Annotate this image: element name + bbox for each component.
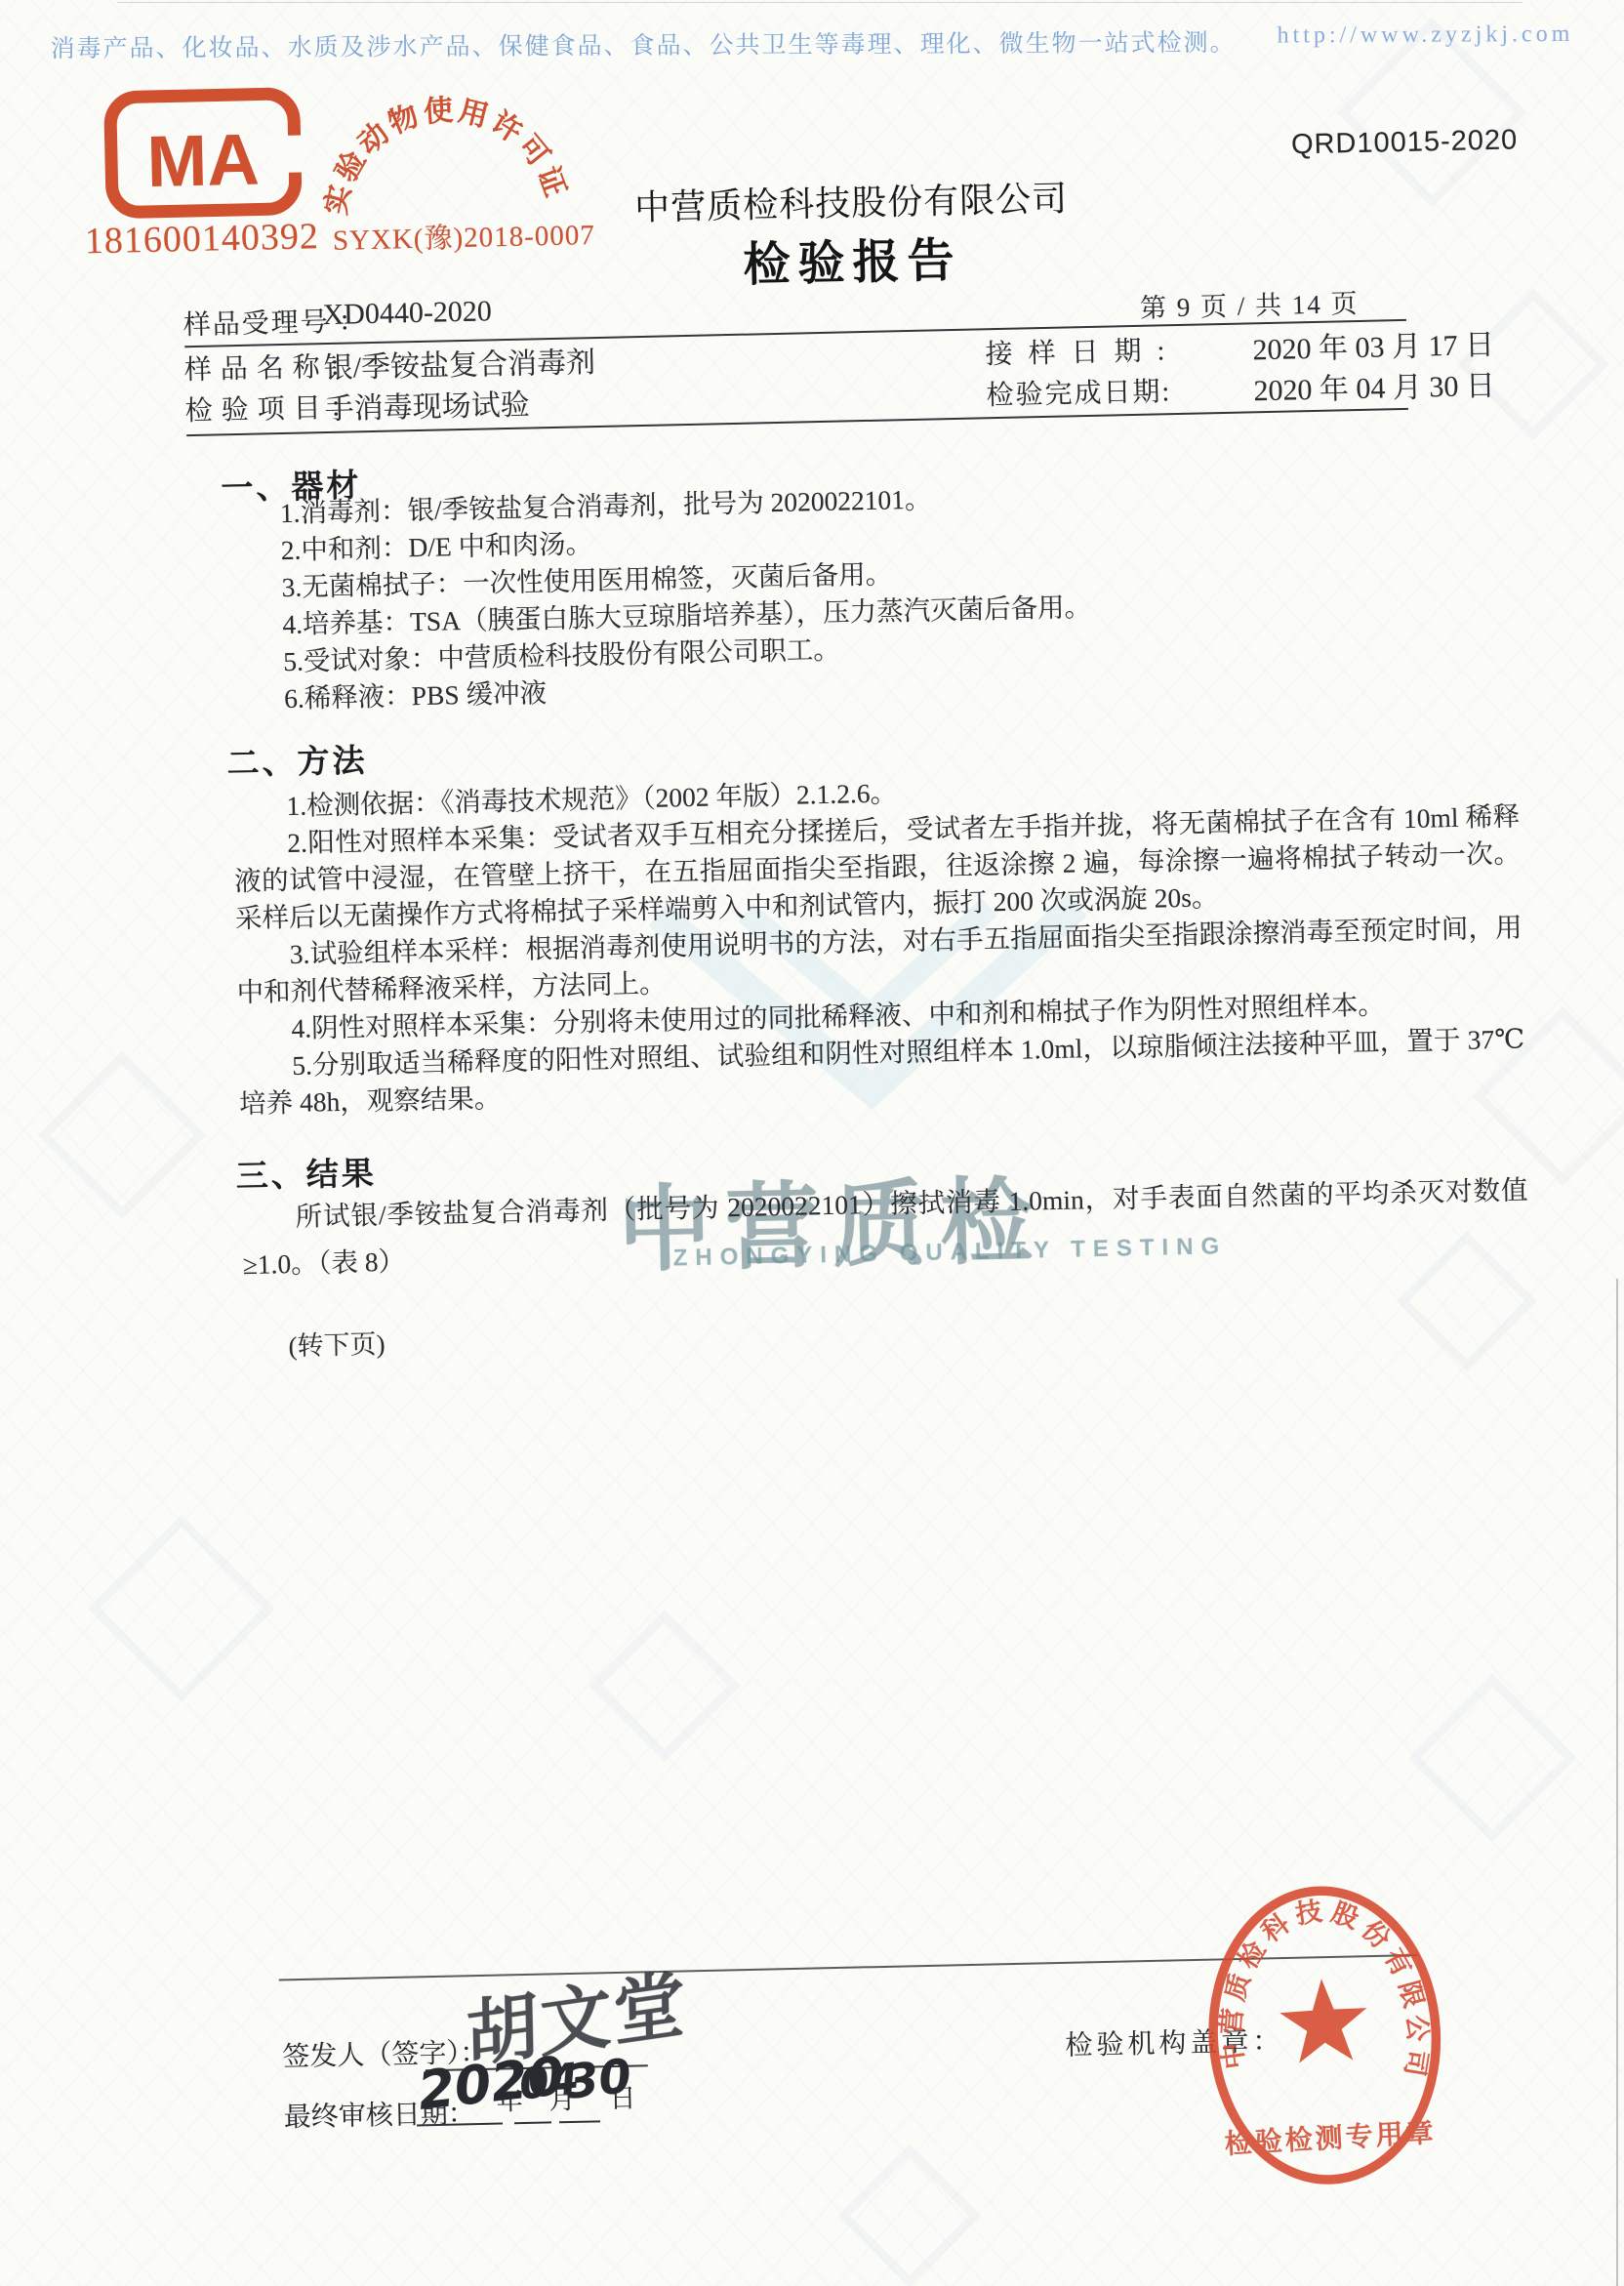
- method-paragraphs: 1.检测依据：《消毒技术规范》（2002 年版）2.1.2.6。 2.阳性对照样…: [232, 760, 1525, 1123]
- seal-bottom-text: 检验检测专用章: [1224, 2116, 1438, 2160]
- day-unit: 日: [609, 2077, 636, 2116]
- document-code: QRD10015-2020: [1291, 124, 1519, 161]
- seal-star-icon: [1278, 1977, 1369, 2064]
- animal-license-arc-text: 实验动物使用许可证: [317, 92, 572, 219]
- company-seal-stamp-icon: 中营质检科技股份有限公司 检验检测专用章: [1163, 1847, 1485, 2225]
- company-name: 中营质检科技股份有限公司: [634, 171, 1069, 230]
- cma-certificate-number: 181600140392: [84, 215, 319, 263]
- continued-note: (转下页): [288, 1323, 386, 1363]
- document-body: 中营质检 ZHONGYING QUALITY TESTING MA 181600…: [0, 0, 1624, 2286]
- date-underline: [559, 2120, 600, 2123]
- svg-text:实验动物使用许可证: 实验动物使用许可证: [317, 92, 572, 219]
- cma-letters: MA: [146, 118, 261, 201]
- result-paragraph: 所试银/季铵盐复合消毒剂（批号为 2020022101）擦拭消毒 1.0min，…: [241, 1166, 1529, 1288]
- report-page: 消毒产品、化妆品、水质及涉水产品、保健食品、食品、公共卫生等毒理、理化、微生物一…: [0, 0, 1624, 2286]
- section-title-method: 二、方法: [226, 735, 368, 784]
- finish-date-value: 2020 年 04 月 30 日: [1253, 361, 1495, 409]
- receive-date-label: 接样日期:: [985, 329, 1181, 372]
- page-indicator: 第 9 页 / 共 14 页: [1140, 282, 1360, 325]
- equipment-list: 1.消毒剂：银/季铵盐复合消毒剂，批号为 2020022101。 2.中和剂：D…: [226, 469, 1518, 719]
- date-underline: [417, 2123, 503, 2127]
- animal-license-number: SYXK(豫)2018-0007: [332, 213, 595, 259]
- date-underline: [514, 2121, 551, 2124]
- accept-no-value: XD0440-2020: [322, 295, 492, 332]
- handwritten-review-date: 2020 年 04 月 30 日: [417, 2044, 692, 2138]
- result-block: 所试银/季铵盐复合消毒剂（批号为 2020022101）擦拭消毒 1.0min，…: [241, 1166, 1529, 1288]
- cma-logo-icon: MA: [102, 87, 303, 220]
- section-title-result: 三、结果: [235, 1148, 377, 1197]
- animal-license-arc-stamp: 实验动物使用许可证: [317, 57, 585, 238]
- report-title: 检验报告: [743, 223, 962, 295]
- sample-name-value: 银/季铵盐复合消毒剂: [323, 338, 595, 387]
- finish-date-label: 检验完成日期:: [986, 370, 1172, 413]
- test-item-value: 手消毒现场试验: [324, 381, 530, 429]
